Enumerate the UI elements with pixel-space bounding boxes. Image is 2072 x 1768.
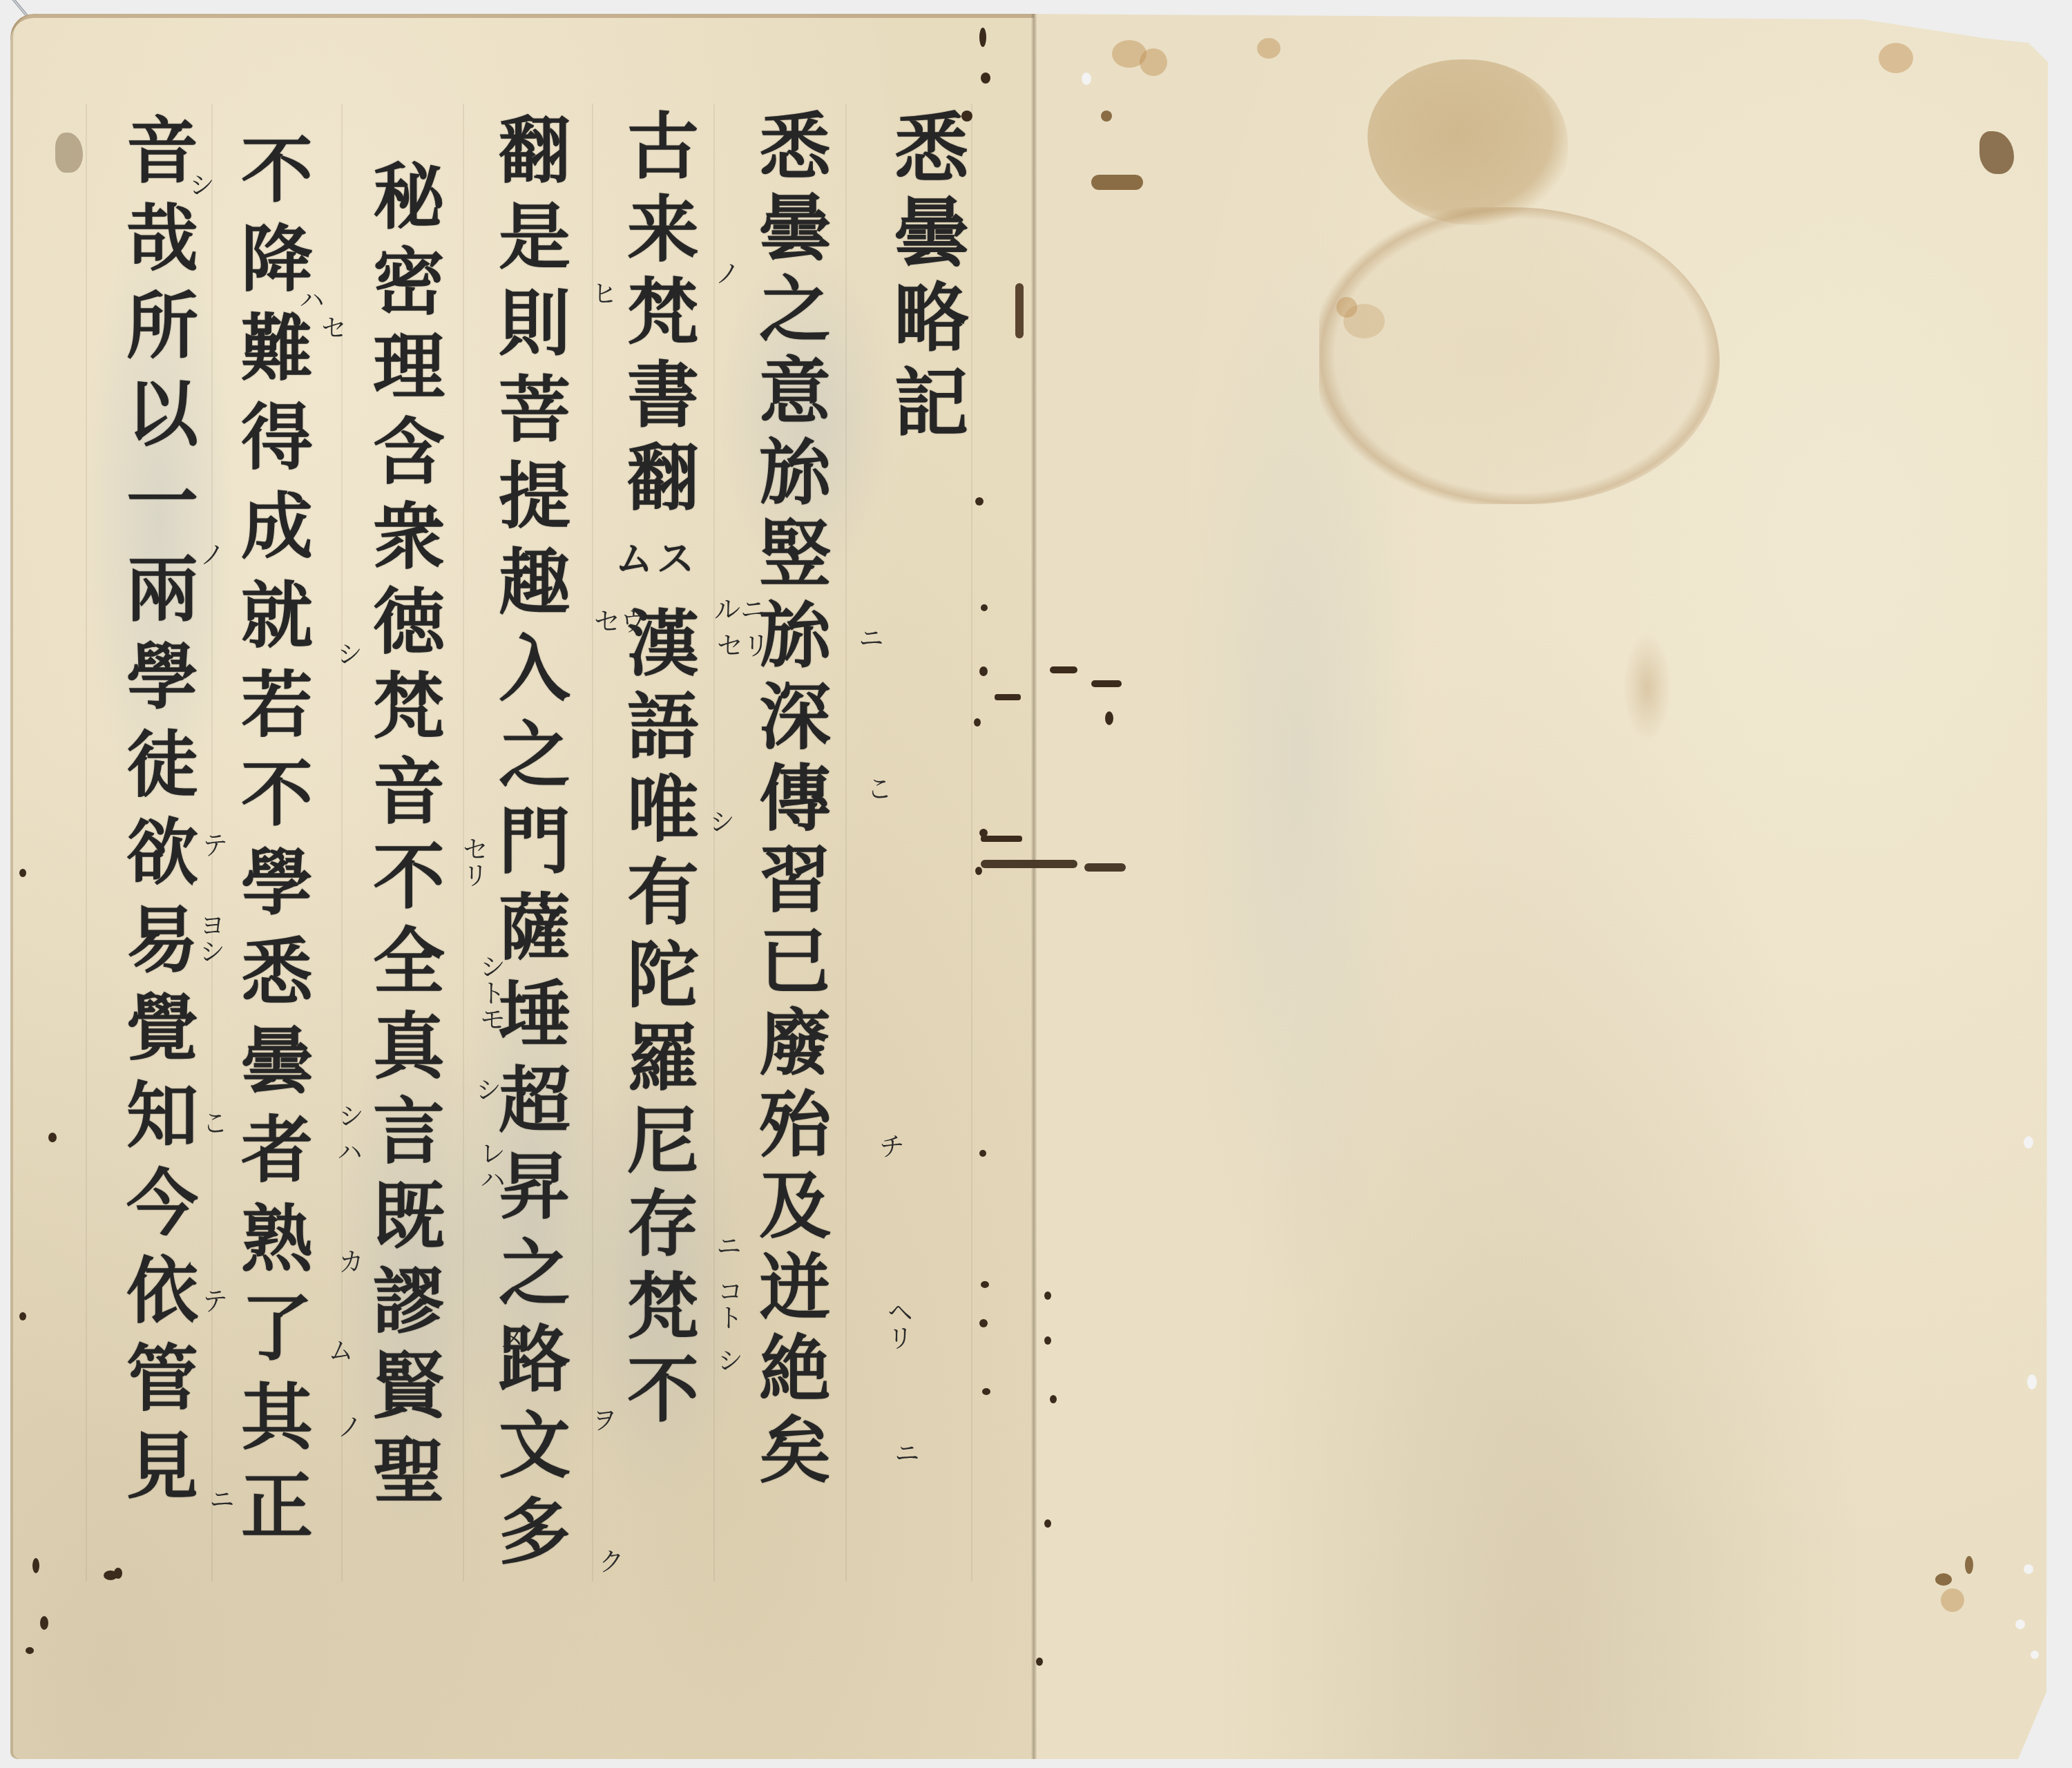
- wormhole: [1935, 1573, 1952, 1586]
- kana-gloss: ニ: [713, 1232, 740, 1258]
- wormhole: [19, 1312, 26, 1320]
- wormhole: [1050, 1395, 1057, 1403]
- column-text: 秘密理含衆徳梵音不全真言既謬賢聖: [361, 159, 445, 1518]
- water-stain: [1623, 632, 1671, 742]
- wormhole: [981, 1281, 989, 1288]
- wormhole: [982, 1388, 990, 1395]
- kana-gloss: ヌ: [496, 1323, 524, 1349]
- kana-gloss: ノ: [711, 260, 739, 286]
- kana-gloss: ノ: [196, 541, 224, 567]
- wormhole: [1105, 711, 1113, 725]
- kana-gloss: こ: [863, 775, 891, 801]
- kana-gloss: ヒ: [588, 280, 616, 306]
- kana-gloss: ニ: [891, 1439, 919, 1466]
- binding-fold: [1031, 14, 1037, 1759]
- wormhole: [32, 1558, 39, 1573]
- foxing-spot: [1257, 38, 1280, 59]
- text-column-5: 不降難得成就若不學悉曇者熟了其正: [229, 132, 312, 1557]
- edge-hole: [2031, 1651, 2039, 1659]
- column-text: 翻是則菩提趣入之門薩埵超昇之路文多: [486, 113, 571, 1580]
- kana-gloss: シ: [334, 640, 361, 666]
- kana-gloss: シ: [714, 1347, 742, 1373]
- wormhole: [19, 869, 26, 877]
- wormhole: [981, 604, 988, 611]
- edge-hole: [2027, 1374, 2037, 1390]
- column-rule: [86, 104, 87, 1582]
- wormhole: [1082, 73, 1091, 85]
- wormhole: [1044, 1336, 1051, 1345]
- column-text: 漢語唯有陀羅尼存梵不: [615, 606, 700, 1434]
- kana-gloss: ニ: [855, 624, 883, 651]
- wormhole: [1050, 666, 1077, 673]
- kana-gloss: セリ: [459, 836, 487, 888]
- kana-gloss: ク: [595, 1548, 623, 1574]
- text-column-1: 悉曇之意旀竪旀深傳習已廢殆及迸絶矣: [747, 108, 830, 1494]
- kana-gloss: シトモ: [477, 953, 504, 1032]
- kana-gloss: セリ: [717, 632, 769, 660]
- column-text: 不降難得成就若不學悉曇者熟了其正: [229, 132, 314, 1557]
- kana-gloss: ヘリ: [884, 1298, 912, 1351]
- column-text: 音哉所以一兩學徒欲易覺知今依管見: [114, 113, 199, 1516]
- text-column-2: 古来梵書翻ムス漢語唯有陀羅尼存梵不: [615, 108, 698, 1434]
- wormhole: [1091, 175, 1143, 190]
- text-column-6: 音哉所以一兩學徒欲易覺知今依管見: [115, 113, 198, 1516]
- wormhole: [26, 1647, 34, 1654]
- foxing-spot: [1140, 48, 1167, 76]
- kana-gloss: セウ: [594, 608, 646, 635]
- column-rule: [971, 104, 972, 1582]
- wormhole: [979, 666, 988, 676]
- column-text: 悉曇之意旀竪旀深傳習已廢殆及迸絶矣: [747, 108, 832, 1494]
- wormhole: [104, 1570, 117, 1580]
- wormhole: [979, 28, 986, 47]
- kana-gloss: シ: [472, 1076, 500, 1102]
- kana-gloss: コト: [714, 1278, 742, 1330]
- foxing-spot: [1343, 304, 1385, 338]
- edge-hole: [2024, 1136, 2033, 1149]
- wormhole: [1101, 110, 1112, 122]
- column-text: 古来梵書翻: [615, 108, 700, 523]
- wormhole: [995, 694, 1021, 700]
- wormhole: [1091, 680, 1122, 687]
- manuscript-title: 悉曇略記: [883, 108, 966, 448]
- kana-gloss: セ: [318, 314, 345, 340]
- wormhole: [1084, 863, 1126, 872]
- wormhole: [979, 1150, 986, 1157]
- wormhole: [1965, 1556, 1973, 1574]
- kana-gloss: ヲ: [588, 1406, 616, 1432]
- kana-gloss: シ: [186, 171, 213, 198]
- kana-gloss: シ: [335, 1102, 363, 1128]
- kana-gloss: チ: [876, 1133, 903, 1159]
- foxing-spot: [1941, 1588, 1964, 1612]
- kana-gloss: カ: [335, 1248, 363, 1274]
- wormhole: [1044, 1519, 1051, 1528]
- kana-gloss: ルニ: [714, 595, 767, 623]
- wormhole: [40, 1616, 48, 1630]
- kana-gloss: こ: [199, 1109, 227, 1135]
- text-column-4: 秘密理含衆徳梵音不全真言既謬賢聖: [361, 159, 444, 1518]
- wormhole: [981, 836, 1022, 842]
- wormhole: [975, 497, 984, 506]
- wormhole: [974, 718, 981, 727]
- kana-gloss: ニ: [206, 1486, 233, 1512]
- kana-gloss: テ: [199, 832, 227, 858]
- text-column-3: 翻是則菩提趣入之門薩埵超昇之路文多: [487, 113, 570, 1580]
- wormhole: [1044, 1291, 1051, 1300]
- wormhole: [979, 1319, 988, 1327]
- edge-hole: [2024, 1564, 2033, 1574]
- kana-gloss: ヨシ: [196, 912, 224, 964]
- edge-hole: [2015, 1620, 2025, 1629]
- kana-gloss: ハ: [296, 286, 323, 312]
- wormhole: [975, 867, 982, 875]
- kana-gloss: ノ: [334, 1413, 361, 1439]
- wormhole: [1036, 1657, 1043, 1666]
- kana-gloss: テ: [199, 1287, 227, 1314]
- kana-gloss: レハ: [477, 1140, 504, 1192]
- wormhole: [48, 1133, 57, 1142]
- wormhole: [981, 73, 990, 84]
- interlinear-kana: ムス: [615, 523, 698, 595]
- wormhole: [981, 860, 1077, 868]
- foxing-spot: [1879, 43, 1913, 73]
- kana-gloss: ハ: [334, 1138, 361, 1164]
- kana-gloss: ム: [325, 1336, 352, 1363]
- kana-gloss: シ: [706, 808, 733, 834]
- wormhole: [1015, 283, 1024, 338]
